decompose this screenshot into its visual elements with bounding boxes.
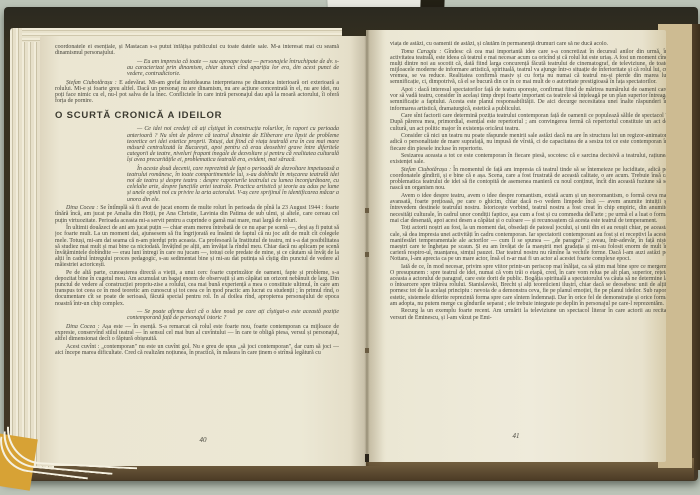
paragraph: Consider că nici un teatru nu poate răsp… xyxy=(390,133,666,151)
interviewer-question: — Eu am impresia că toate — sau aproape … xyxy=(127,59,339,77)
page-left: coordonatele ei esențiale, și Mastacan s… xyxy=(40,36,366,466)
paragraph: Toți actorii noștri au fost, la un momen… xyxy=(390,225,666,262)
page-right-text: viața de astăzi, cu oamenii de astăzi, ș… xyxy=(390,41,666,437)
paragraph: Toma Caragiu : Gîndesc că cea mai import… xyxy=(390,49,666,86)
page-right: viața de astăzi, cu oamenii de astăzi, ș… xyxy=(366,30,666,462)
paragraph: Dina Cocea : Așa este — în esență. S-a r… xyxy=(55,324,339,342)
paragraph: Apoi : dacă interesul spectatorilor față… xyxy=(390,87,666,112)
speaker-name: Dina Cocea : xyxy=(66,324,102,330)
page-number-right: 41 xyxy=(366,432,666,440)
book-photo: coordonatele ei esențiale, și Mastacan s… xyxy=(0,0,700,495)
speaker-name: Toma Caragiu : xyxy=(401,49,444,55)
paragraph: Care sînt factorii care determină poziți… xyxy=(390,113,666,131)
speaker-name: Ștefan Ciubotărașu : xyxy=(66,80,119,86)
paragraph: coordonatele ei esențiale, și Mastacan s… xyxy=(55,44,339,56)
paragraph: viața de astăzi, cu oamenii de astăzi, ș… xyxy=(390,41,666,47)
stitch-mark xyxy=(365,208,369,213)
paragraph: Sesizarea aceasta a tot ce este contempo… xyxy=(390,153,666,165)
paragraph: Ștefan Ciubotărașu : E adevărat. Mi-am g… xyxy=(55,80,339,105)
speaker-name: Dina Cocea : xyxy=(66,205,100,211)
paragraph: Ștefan Ciubotărașu : În momentul de față… xyxy=(390,167,666,192)
page-left-text: coordonatele ei esențiale, și Mastacan s… xyxy=(55,44,339,446)
paragraph: În ultimii douăzeci de ani am jucat puți… xyxy=(55,225,339,268)
paragraph: Dina Cocea : Se întîmplă să fi avut de j… xyxy=(55,205,339,223)
interviewer-question: — Ce idei noi credeți că ați cîștigat în… xyxy=(127,126,339,163)
interviewer-question: — Se poate afirma deci că o idee nouă pe… xyxy=(127,309,339,321)
paragraph: Avem o idee despre teatru, avem o idee d… xyxy=(390,193,666,224)
stitch-mark xyxy=(365,348,369,353)
book-gutter xyxy=(350,30,384,466)
section-heading: O SCURTĂ CRONICĂ A IDEILOR xyxy=(55,111,339,121)
stitch-mark xyxy=(365,252,369,257)
speaker-name: Ștefan Ciubotărașu : xyxy=(401,167,453,173)
paragraph: Iată de ce, în mod necesar, privim spre … xyxy=(390,264,666,307)
paragraph: Pe de altă parte, cunoașterea directă a … xyxy=(55,270,339,307)
stitch-mark xyxy=(365,454,369,462)
paragraph: Acest cuvînt : „contemporan" nu este un … xyxy=(55,344,339,356)
interviewer-question: În aceste două decenii, care reprezintă … xyxy=(127,166,339,203)
paragraph: Recurg la un exemplu foarte recent. Am u… xyxy=(390,308,666,320)
